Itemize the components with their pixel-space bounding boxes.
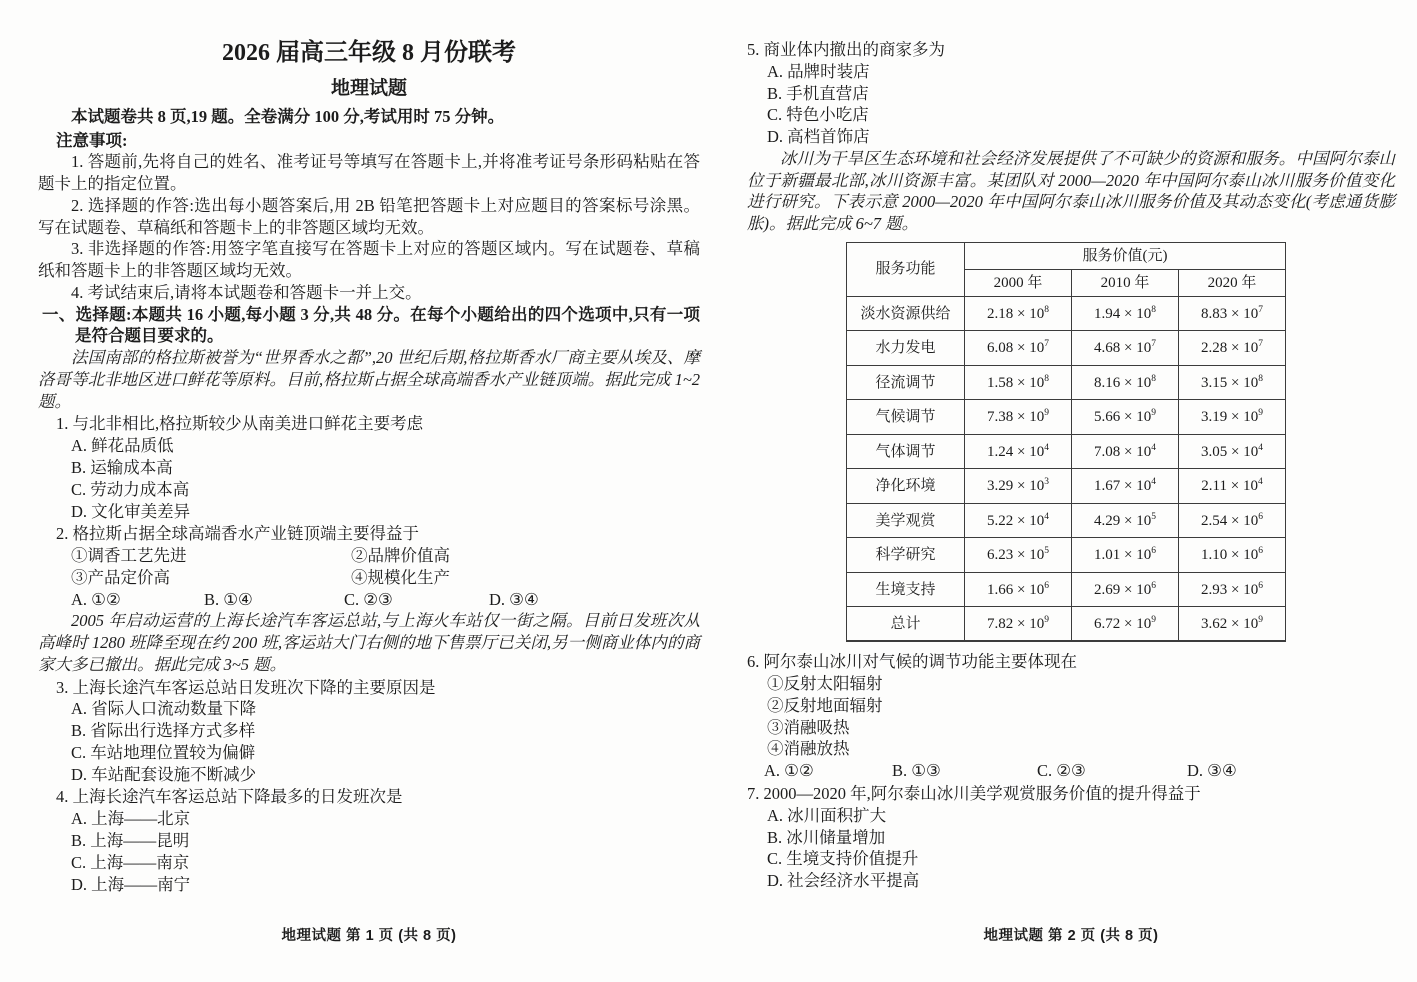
question-6-choice-c: C. ②③ (1037, 760, 1187, 782)
question-2-choices: A. ①② B. ①④ C. ②③ D. ③④ (71, 589, 700, 611)
cell-value: 5.66 × 109 (1072, 400, 1179, 435)
cell-value: 6.72 × 109 (1072, 607, 1179, 642)
question-2-choice-d: D. ③④ (489, 589, 700, 611)
cell-value: 2.18 × 108 (965, 296, 1072, 331)
question-2-subitems: ①调香工艺先进 ②品牌价值高 ③产品定价高 ④规模化生产 (71, 545, 700, 589)
cell-value: 7.08 × 104 (1072, 434, 1179, 469)
note-item-4: 4. 考试结束后,请将本试题卷和答题卡一并上交。 (38, 282, 700, 304)
row-label: 气体调节 (847, 434, 965, 469)
question-2-subitem-3: ③产品定价高 (71, 567, 351, 589)
table-row-aesthetic: 美学观赏 5.22 × 104 4.29 × 105 2.54 × 106 (847, 503, 1286, 538)
note-item-1: 1. 答题前,先将自己的姓名、准考证号等填写在答题卡上,并将准考证号条形码粘贴在… (38, 151, 700, 195)
question-1-option-a: A. 鲜花品质低 (71, 435, 700, 457)
question-5-option-c: C. 特色小吃店 (767, 104, 1395, 126)
question-2-stem: 2. 格拉斯占据全球高端香水产业链顶端主要得益于 (56, 523, 700, 545)
cell-value: 3.62 × 109 (1179, 607, 1286, 642)
question-2: 2. 格拉斯占据全球高端香水产业链顶端主要得益于 ①调香工艺先进 ②品牌价值高 … (38, 523, 700, 610)
cell-value: 1.94 × 108 (1072, 296, 1179, 331)
table-row-research: 科学研究 6.23 × 105 1.01 × 106 1.10 × 106 (847, 538, 1286, 573)
page-2: 5. 商业体内撤出的商家多为 A. 品牌时装店 B. 手机直营店 C. 特色小吃… (747, 38, 1395, 950)
question-3-option-b: B. 省际出行选择方式多样 (71, 720, 700, 742)
question-6-stem: 6. 阿尔泰山冰川对气候的调节功能主要体现在 (747, 651, 1395, 673)
table-row-total: 总计 7.82 × 109 6.72 × 109 3.62 × 109 (847, 607, 1286, 642)
cell-value: 4.68 × 107 (1072, 331, 1179, 366)
passage-grasse: 法国南部的格拉斯被誉为“世界香水之都”,20 世纪后期,格拉斯香水厂商主要从埃及… (38, 347, 700, 412)
question-6-choice-b: B. ①③ (892, 760, 1037, 782)
question-4-option-c: C. 上海——南京 (71, 852, 700, 874)
subject-title: 地理试题 (38, 76, 700, 101)
question-4: 4. 上海长途汽车客运总站下降最多的日发班次是 A. 上海——北京 B. 上海—… (38, 786, 700, 895)
cell-value: 7.82 × 109 (965, 607, 1072, 642)
cell-value: 2.11 × 104 (1179, 469, 1286, 504)
question-7: 7. 2000—2020 年,阿尔泰山冰川美学观赏服务价值的提升得益于 A. 冰… (747, 783, 1395, 892)
table-row-purification: 净化环境 3.29 × 103 1.67 × 104 2.11 × 104 (847, 469, 1286, 504)
cell-value: 2.93 × 106 (1179, 572, 1286, 607)
section-heading-choice: 一、选择题:本题共 16 小题,每小题 3 分,共 48 分。在每个小题给出的四… (42, 304, 700, 348)
question-6-choice-d: D. ③④ (1187, 760, 1395, 782)
cell-value: 8.16 × 108 (1072, 365, 1179, 400)
table-year-2000: 2000 年 (965, 269, 1072, 296)
question-6-subitem-1: ①反射太阳辐射 (767, 673, 1395, 695)
cell-value: 1.58 × 108 (965, 365, 1072, 400)
row-label: 水力发电 (847, 331, 965, 366)
table-row-gas: 气体调节 1.24 × 104 7.08 × 104 3.05 × 104 (847, 434, 1286, 469)
cell-value: 2.28 × 107 (1179, 331, 1286, 366)
glacier-service-value-table: 服务功能 服务价值(元) 2000 年 2010 年 2020 年 淡水资源供给… (846, 242, 1286, 643)
passage-shanghai-bus-station: 2005 年启动运营的上海长途汽车客运总站,与上海火车站仅一街之隔。目前日发班次… (38, 610, 700, 675)
question-2-choice-b: B. ①④ (204, 589, 344, 611)
question-5-stem: 5. 商业体内撤出的商家多为 (747, 39, 1395, 61)
question-7-option-c: C. 生境支持价值提升 (767, 848, 1395, 870)
exam-meta: 本试题卷共 8 页,19 题。全卷满分 100 分,考试用时 75 分钟。 (38, 106, 700, 128)
page-1: 2026 届高三年级 8 月份联考 地理试题 本试题卷共 8 页,19 题。全卷… (38, 38, 700, 950)
row-label: 径流调节 (847, 365, 965, 400)
question-2-choice-c: C. ②③ (344, 589, 489, 611)
cell-value: 6.23 × 105 (965, 538, 1072, 573)
cell-value: 2.69 × 106 (1072, 572, 1179, 607)
exam-title: 2026 届高三年级 8 月份联考 (38, 38, 700, 70)
cell-value: 2.54 × 106 (1179, 503, 1286, 538)
question-5-option-a: A. 品牌时装店 (767, 61, 1395, 83)
question-6: 6. 阿尔泰山冰川对气候的调节功能主要体现在 ①反射太阳辐射 ②反射地面辐射 ③… (747, 651, 1395, 782)
question-3-option-a: A. 省际人口流动数量下降 (71, 698, 700, 720)
table-year-2010: 2010 年 (1072, 269, 1179, 296)
question-2-subitem-2: ②品牌价值高 (351, 545, 700, 567)
cell-value: 3.15 × 108 (1179, 365, 1286, 400)
question-3: 3. 上海长途汽车客运总站日发班次下降的主要原因是 A. 省际人口流动数量下降 … (38, 677, 700, 786)
question-4-option-a: A. 上海——北京 (71, 808, 700, 830)
question-6-subitem-3: ③消融吸热 (767, 717, 1395, 739)
table-header-row-1: 服务功能 服务价值(元) (847, 242, 1286, 269)
cell-value: 5.22 × 104 (965, 503, 1072, 538)
question-4-option-b: B. 上海——昆明 (71, 830, 700, 852)
table-header-function: 服务功能 (847, 242, 965, 296)
table-row-freshwater: 淡水资源供给 2.18 × 108 1.94 × 108 8.83 × 107 (847, 296, 1286, 331)
question-1-option-c: C. 劳动力成本高 (71, 479, 700, 501)
question-1: 1. 与北非相比,格拉斯较少从南美进口鲜花主要考虑 A. 鲜花品质低 B. 运输… (38, 413, 700, 522)
question-5-option-b: B. 手机直营店 (767, 83, 1395, 105)
exam-paper-scan: 2026 届高三年级 8 月份联考 地理试题 本试题卷共 8 页,19 题。全卷… (0, 0, 1417, 982)
page-2-footer: 地理试题 第 2 页 (共 8 页) (747, 927, 1395, 946)
cell-value: 4.29 × 105 (1072, 503, 1179, 538)
question-3-stem: 3. 上海长途汽车客运总站日发班次下降的主要原因是 (56, 677, 700, 699)
table-header-value: 服务价值(元) (965, 242, 1286, 269)
question-6-choice-a: A. ①② (764, 760, 892, 782)
row-label: 总计 (847, 607, 965, 642)
cell-value: 1.10 × 106 (1179, 538, 1286, 573)
question-7-option-b: B. 冰川储量增加 (767, 827, 1395, 849)
cell-value: 1.24 × 104 (965, 434, 1072, 469)
row-label: 美学观赏 (847, 503, 965, 538)
question-4-stem: 4. 上海长途汽车客运总站下降最多的日发班次是 (56, 786, 700, 808)
row-label: 气候调节 (847, 400, 965, 435)
cell-value: 3.05 × 104 (1179, 434, 1286, 469)
question-7-option-d: D. 社会经济水平提高 (767, 870, 1395, 892)
passage-altai-glacier: 冰川为干旱区生态环境和社会经济发展提供了不可缺少的资源和服务。中国阿尔泰山位于新… (747, 148, 1395, 235)
question-5-option-d: D. 高档首饰店 (767, 126, 1395, 148)
page-1-footer: 地理试题 第 1 页 (共 8 页) (38, 927, 700, 946)
question-2-choice-a: A. ①② (71, 589, 204, 611)
question-2-subitem-1: ①调香工艺先进 (71, 545, 351, 567)
table-row-hydropower: 水力发电 6.08 × 107 4.68 × 107 2.28 × 107 (847, 331, 1286, 366)
question-3-option-c: C. 车站地理位置较为偏僻 (71, 742, 700, 764)
note-item-2: 2. 选择题的作答:选出每小题答案后,用 2B 铅笔把答题卡上对应题目的答案标号… (38, 195, 700, 239)
question-2-subitem-4: ④规模化生产 (351, 567, 700, 589)
question-5: 5. 商业体内撤出的商家多为 A. 品牌时装店 B. 手机直营店 C. 特色小吃… (747, 39, 1395, 148)
table-row-runoff: 径流调节 1.58 × 108 8.16 × 108 3.15 × 108 (847, 365, 1286, 400)
question-1-option-b: B. 运输成本高 (71, 457, 700, 479)
question-6-choices: A. ①② B. ①③ C. ②③ D. ③④ (764, 760, 1395, 782)
cell-value: 6.08 × 107 (965, 331, 1072, 366)
question-7-option-a: A. 冰川面积扩大 (767, 805, 1395, 827)
cell-value: 1.01 × 106 (1072, 538, 1179, 573)
note-item-3: 3. 非选择题的作答:用签字笔直接写在答题卡上对应的答题区域内。写在试题卷、草稿… (38, 238, 700, 282)
table-year-2020: 2020 年 (1179, 269, 1286, 296)
table-row-habitat: 生境支持 1.66 × 106 2.69 × 106 2.93 × 106 (847, 572, 1286, 607)
row-label: 淡水资源供给 (847, 296, 965, 331)
question-3-option-d: D. 车站配套设施不断减少 (71, 764, 700, 786)
row-label: 净化环境 (847, 469, 965, 504)
cell-value: 7.38 × 109 (965, 400, 1072, 435)
cell-value: 3.29 × 103 (965, 469, 1072, 504)
question-7-stem: 7. 2000—2020 年,阿尔泰山冰川美学观赏服务价值的提升得益于 (747, 783, 1395, 805)
question-6-subitem-2: ②反射地面辐射 (767, 695, 1395, 717)
cell-value: 8.83 × 107 (1179, 296, 1286, 331)
cell-value: 3.19 × 109 (1179, 400, 1286, 435)
question-4-option-d: D. 上海——南宁 (71, 874, 700, 896)
row-label: 科学研究 (847, 538, 965, 573)
cell-value: 1.67 × 104 (1072, 469, 1179, 504)
table-row-climate: 气候调节 7.38 × 109 5.66 × 109 3.19 × 109 (847, 400, 1286, 435)
cell-value: 1.66 × 106 (965, 572, 1072, 607)
question-1-stem: 1. 与北非相比,格拉斯较少从南美进口鲜花主要考虑 (56, 413, 700, 435)
question-1-option-d: D. 文化审美差异 (71, 501, 700, 523)
question-6-subitem-4: ④消融放热 (767, 738, 1395, 760)
row-label: 生境支持 (847, 572, 965, 607)
notes-heading: 注意事项: (56, 130, 700, 152)
